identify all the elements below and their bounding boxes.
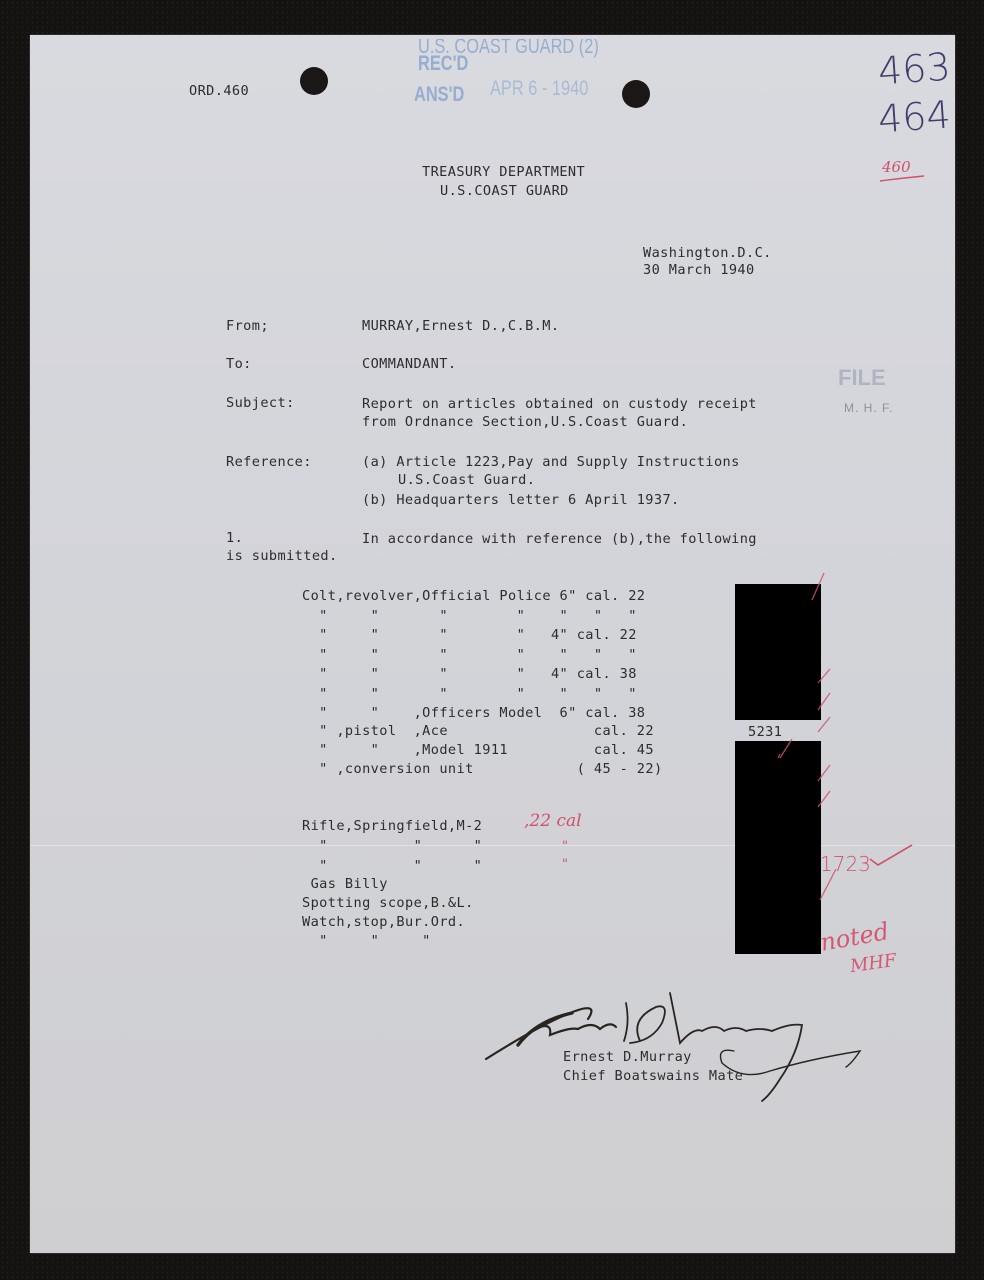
redaction-block-bottom bbox=[735, 741, 821, 954]
letter-place: Washington.D.C. bbox=[643, 244, 772, 262]
from-value: MURRAY,Ernest D.,C.B.M. bbox=[362, 317, 559, 335]
header-agency: U.S.COAST GUARD bbox=[440, 182, 569, 200]
handwritten-serial-fragment: 1723 bbox=[820, 852, 871, 876]
item-line: " " " " " " " bbox=[302, 607, 637, 625]
item-line: Colt,revolver,Official Police 6" cal. 22 bbox=[302, 587, 645, 605]
item-line: Gas Billy bbox=[302, 875, 388, 893]
redaction-block-top bbox=[735, 584, 821, 720]
handwritten-file-number-1: 463 bbox=[877, 45, 952, 94]
header-department: TREASURY DEPARTMENT bbox=[422, 163, 585, 181]
serial-number-visible: 5231 bbox=[748, 723, 782, 741]
item-line: " " " " 4" cal. 22 bbox=[302, 626, 637, 644]
file-stamp-initials: M. H. F. bbox=[844, 401, 893, 415]
item-line: Spotting scope,B.&L. bbox=[302, 894, 474, 912]
item-line: " " " bbox=[302, 857, 482, 875]
handwritten-ditto-1: " bbox=[562, 839, 568, 854]
signature-typed-name: Ernest D.Murray bbox=[563, 1048, 692, 1066]
item-line: Rifle,Springfield,M-2 bbox=[302, 817, 482, 835]
from-label: From; bbox=[226, 317, 269, 335]
item-line: " " " " 4" cal. 38 bbox=[302, 665, 637, 683]
item-line: " " " " " " " bbox=[302, 685, 637, 703]
file-stamp-top: FILE bbox=[838, 365, 886, 391]
punch-hole-left bbox=[300, 67, 328, 95]
to-label: To: bbox=[226, 355, 252, 373]
item-line: " " " " " " " bbox=[302, 646, 637, 664]
handwritten-red-number: 460 bbox=[882, 158, 911, 176]
received-stamp-date: APR 6 - 1940 bbox=[490, 77, 588, 101]
subject-line-2: from Ordnance Section,U.S.Coast Guard. bbox=[362, 413, 688, 431]
item-line: " " ,Model 1911 cal. 45 bbox=[302, 741, 654, 759]
item-line: " ,conversion unit ( 45 - 22) bbox=[302, 760, 663, 778]
reference-a-line-2: U.S.Coast Guard. bbox=[398, 471, 535, 489]
red-check-icon bbox=[868, 843, 918, 873]
red-underline-icon bbox=[878, 175, 928, 183]
to-value: COMMANDANT. bbox=[362, 355, 456, 373]
reference-a-line-1: (a) Article 1223,Pay and Supply Instruct… bbox=[362, 453, 740, 471]
order-number: ORD.460 bbox=[189, 82, 249, 100]
handwritten-initials: MHF bbox=[849, 950, 898, 977]
item-line: " ,pistol ,Ace cal. 22 bbox=[302, 722, 654, 740]
received-stamp-recd: REC'D bbox=[418, 52, 468, 76]
paragraph-line-2: is submitted. bbox=[226, 547, 338, 565]
item-line: Watch,stop,Bur.Ord. bbox=[302, 913, 465, 931]
document-page: ORD.460 U.S. COAST GUARD (2) REC'D APR 6… bbox=[30, 35, 955, 1253]
paragraph-line-1: In accordance with reference (b),the fol… bbox=[362, 530, 757, 548]
item-line: " " " bbox=[302, 932, 431, 950]
reference-b: (b) Headquarters letter 6 April 1937. bbox=[362, 491, 680, 509]
paragraph-number: 1. bbox=[226, 529, 243, 547]
handwritten-ditto-2: " bbox=[562, 857, 568, 872]
subject-line-1: Report on articles obtained on custody r… bbox=[362, 395, 757, 413]
handwritten-caliber-note: ,22 cal bbox=[524, 811, 582, 831]
reference-label: Reference: bbox=[226, 453, 312, 471]
handwritten-file-number-2: 464 bbox=[877, 93, 952, 142]
item-line: " " " bbox=[302, 837, 482, 855]
subject-label: Subject: bbox=[226, 394, 295, 412]
item-line: " " ,Officers Model 6" cal. 38 bbox=[302, 704, 645, 722]
signature-typed-title: Chief Boatswains Mate bbox=[563, 1067, 743, 1085]
letter-date: 30 March 1940 bbox=[643, 261, 755, 279]
punch-hole-right bbox=[622, 80, 650, 108]
received-stamp-ansd: ANS'D bbox=[414, 83, 464, 107]
